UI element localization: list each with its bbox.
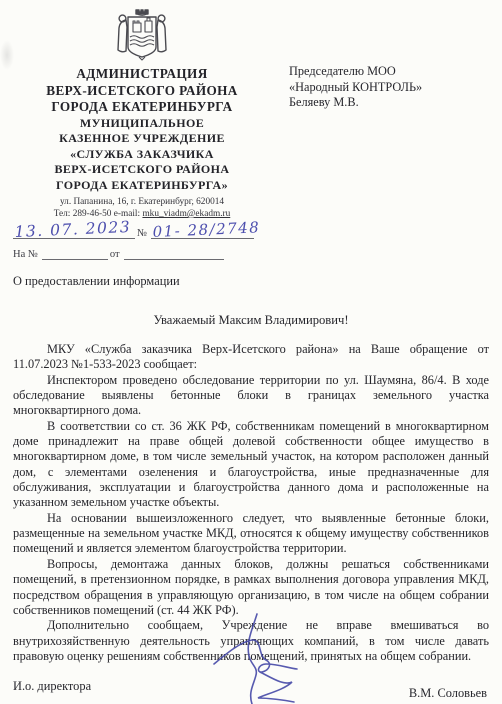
org-name-line: МУНИЦИПАЛЬНОЕ bbox=[16, 116, 268, 132]
handwritten-date: 13. 07. 2023 bbox=[14, 218, 131, 241]
incoming-number-blank bbox=[42, 259, 108, 260]
org-name-line: ГОРОДА ЕКАТЕРИНБУРГА» bbox=[16, 178, 268, 194]
letterhead: АДМИНИСТРАЦИЯ ВЕРХ-ИСЕТСКОГО РАЙОНА ГОРО… bbox=[16, 6, 268, 220]
na-no-label: На № bbox=[13, 249, 42, 260]
paragraph: Вопросы, демонтажа данных блоков, должны… bbox=[13, 557, 489, 618]
handwritten-number: 01- 28/2748 bbox=[152, 218, 260, 241]
ot-label: от bbox=[108, 249, 124, 260]
incoming-date-blank bbox=[124, 259, 224, 260]
addressee-line: «Народный КОНТРОЛЬ» bbox=[289, 80, 422, 96]
org-postal-address: ул. Папанина, 16, г. Екатеринбург, 62001… bbox=[16, 196, 268, 208]
org-name-line: АДМИНИСТРАЦИЯ bbox=[16, 66, 268, 83]
paragraph: В соответствии со ст. 36 ЖК РФ, собствен… bbox=[13, 419, 489, 511]
paragraph: МКУ «Служба заказчика Верх-Исетского рай… bbox=[13, 342, 489, 373]
number-sign-label: № bbox=[135, 228, 151, 239]
incoming-ref-row: На № от bbox=[13, 239, 263, 260]
addressee-line: Беляеву М.В. bbox=[289, 95, 422, 111]
outgoing-ref-row: 13. 07. 2023 № 01- 28/2748 bbox=[13, 218, 263, 239]
org-name-line: ВЕРХ-ИСЕТСКОГО РАЙОНА bbox=[16, 83, 268, 100]
reference-block: 13. 07. 2023 № 01- 28/2748 На № от bbox=[13, 218, 263, 260]
yekaterinburg-coat-of-arms-icon bbox=[106, 6, 178, 64]
addressee-block: Председателю МОО «Народный КОНТРОЛЬ» Бел… bbox=[289, 64, 422, 111]
org-name-line: КАЗЕННОЕ УЧРЕЖДЕНИЕ bbox=[16, 131, 268, 147]
org-name-line: «СЛУЖБА ЗАКАЗЧИКА bbox=[16, 147, 268, 163]
addressee-line: Председателю МОО bbox=[289, 64, 422, 80]
salutation: Уважаемый Максим Владимирович! bbox=[13, 313, 489, 328]
paragraph: Инспектором проведено обследование терри… bbox=[13, 373, 489, 419]
scanned-letter-page: АДМИНИСТРАЦИЯ ВЕРХ-ИСЕТСКОГО РАЙОНА ГОРО… bbox=[0, 0, 502, 704]
subject-line: О предоставлении информации bbox=[13, 274, 489, 289]
signer-position: И.о. директора bbox=[13, 679, 91, 694]
org-name-line: ВЕРХ-ИСЕТСКОГО РАЙОНА bbox=[16, 162, 268, 178]
date-blank-line: 13. 07. 2023 bbox=[13, 238, 135, 239]
handwritten-signature bbox=[200, 612, 310, 704]
number-blank-line: 01- 28/2748 bbox=[151, 238, 254, 239]
signer-name: В.М. Соловьев bbox=[409, 686, 487, 701]
letter-body: О предоставлении информации Уважаемый Ма… bbox=[13, 274, 489, 664]
paragraph: На основании вышеизложенного следует, чт… bbox=[13, 511, 489, 557]
scan-smudge bbox=[0, 40, 14, 70]
org-name-line: ГОРОДА ЕКАТЕРИНБУРГА bbox=[16, 99, 268, 116]
